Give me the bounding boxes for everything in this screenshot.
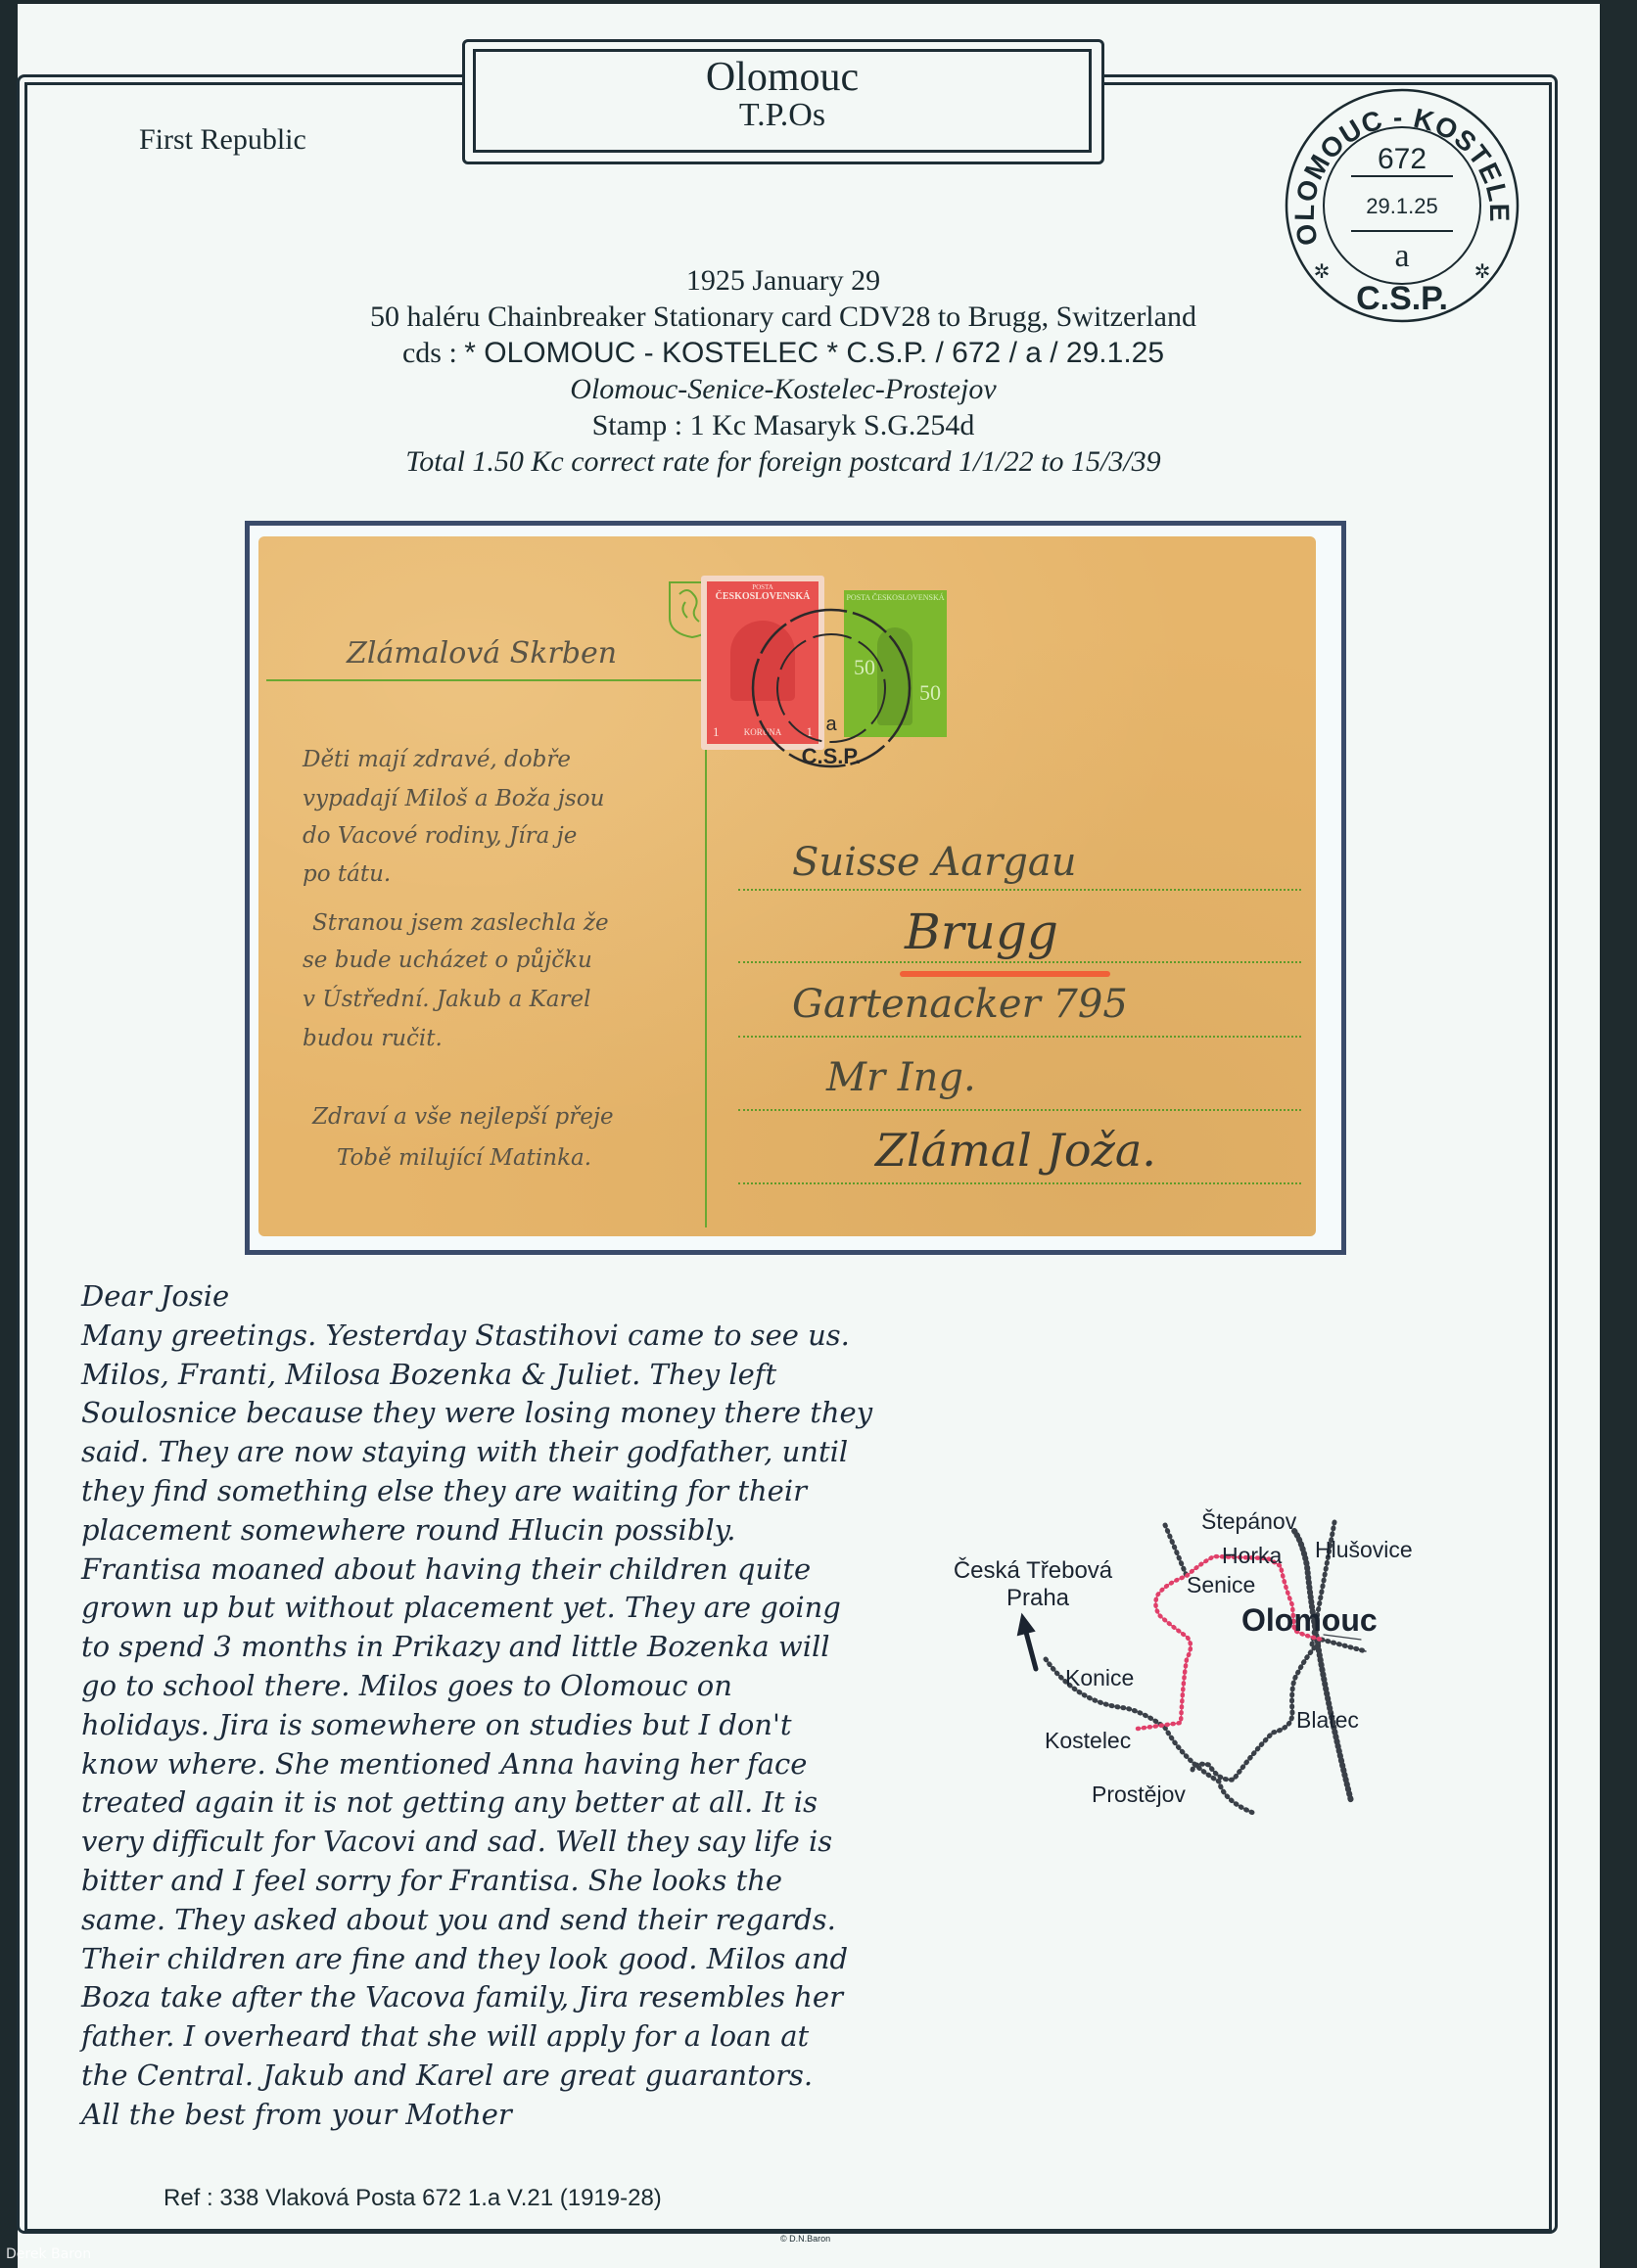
translation-line: Boza take after the Vacova family, Jira … [81,1978,962,2017]
message-line: Zdraví a vše nejlepší přeje [312,1104,614,1130]
red-underline [900,971,1110,977]
desc-card-line: 50 haléru Chainbreaker Stationary card C… [245,299,1322,335]
scan-edge-right [1600,0,1637,2268]
address-line: Zlámal Joža. [875,1124,1156,1177]
address-rule [738,1109,1301,1111]
cancel-number: 672 [1378,143,1427,175]
svg-text:Kostelec: Kostelec [1045,1728,1131,1753]
address-line: Gartenacker 795 [792,982,1128,1027]
svg-text:Senice: Senice [1187,1572,1255,1597]
translation-line: grown up but without placement yet. They… [81,1589,962,1628]
scan-edge-left [0,0,18,2268]
scan-edge-top [0,0,1637,4]
message-line: Děti mají zdravé, dobře [303,747,571,772]
svg-text:Blatec: Blatec [1296,1707,1359,1733]
svg-text:Praha: Praha [1006,1585,1070,1611]
svg-text:Olomouc: Olomouc [1241,1602,1378,1638]
divider-horizontal [266,679,705,681]
svg-text:a: a [825,714,837,735]
message-line: po tátu. [303,861,391,887]
translation-line: Many greetings. Yesterday Stastihovi cam… [81,1317,962,1356]
sender-name: Zlámalová Skrben [347,636,617,671]
translation-line: very difficult for Vacovi and sad. Well … [81,1823,962,1862]
svg-text:Štepánov: Štepánov [1201,1507,1297,1534]
star-icon: ✲ [1474,261,1491,283]
desc-date-line: 1925 January 29 [245,262,1322,299]
translation-line: said. They are now staying with their go… [81,1433,962,1472]
translation-line: All the best from your Mother [81,2096,962,2135]
translation-line: Frantisa moaned about having their child… [81,1551,962,1590]
message-line: v Ústřední. Jakub a Karel [303,987,590,1012]
watermark: Derek Baron [6,2246,91,2262]
page-subtitle: T.P.Os [476,99,1089,132]
message-line: vypadají Miloš a Boža jsou [303,786,604,811]
period-label: First Republic [139,123,306,157]
desc-route-line: Olomouc-Senice-Kostelec-Prostejov [245,371,1322,407]
reference: Ref : 338 Vlaková Posta 672 1.a V.21 (19… [164,2185,662,2212]
translation-line: treated again it is not getting any bett… [81,1783,962,1823]
address-rule [738,889,1301,891]
message-line: Tobě milující Matinka. [337,1145,591,1171]
svg-text:C.S.P.: C.S.P. [802,744,862,768]
message-line: se bude ucházet o půjčku [303,948,592,973]
svg-text:Prostějov: Prostějov [1092,1782,1186,1807]
translation-line: holidays. Jira is somewhere on studies b… [81,1706,962,1745]
svg-text:Česká Třebová: Česká Třebová [954,1556,1113,1584]
address-rule [738,1182,1301,1184]
translation-line: the Central. Jakub and Karel are great g… [81,2057,962,2096]
page-title: Olomouc [476,56,1089,99]
address-rule [738,961,1301,963]
cds-text: * OLOMOUC - KOSTELEC * C.S.P. / 672 / a … [464,337,1164,369]
copyright: © D.N.Baron [780,2234,830,2244]
title-box: Olomouc T.P.Os [473,49,1092,153]
address-rule [738,1036,1301,1038]
svg-text:Horka: Horka [1222,1543,1283,1568]
translation-line: to spend 3 months in Prikazy and little … [81,1628,962,1667]
postcard-image: Zlámalová Skrben Děti mají zdravé, dobře… [258,536,1316,1236]
desc-cds-line: cds : * OLOMOUC - KOSTELEC * C.S.P. / 67… [245,335,1322,371]
svg-text:Konice: Konice [1065,1665,1134,1690]
address-line: Suisse Aargau [792,840,1076,885]
postmark: a C.S.P. [748,605,914,771]
message-line: do Vacové rodiny, Jíra je [303,823,577,849]
translation-line: Their children are fine and they look go… [81,1940,962,1979]
arrow-up-icon [1018,1615,1034,1635]
translation-line: same. They asked about you and send thei… [81,1901,962,1940]
translation-line: bitter and I feel sorry for Frantisa. Sh… [81,1862,962,1901]
cancel-letter: a [1394,238,1409,274]
cancel-date: 29.1.25 [1366,194,1437,218]
translation-line: know where. She mentioned Anna having he… [81,1745,962,1784]
translation-line: father. I overheard that she will apply … [81,2017,962,2057]
route-map: Česká Třebová Praha Štepánov Horka Hlušo… [930,1468,1537,1840]
translation-line: Milos, Franti, Milosa Bozenka & Juliet. … [81,1356,962,1395]
cancel-bottom-text: C.S.P. [1356,280,1448,317]
translation-line: they find something else they are waitin… [81,1472,962,1511]
translation-line: placement somewhere round Hlucin possibl… [81,1511,962,1551]
message-line: Stranou jsem zaslechla že [312,910,609,936]
translation-line: Soulosnice because they were losing mone… [81,1394,962,1433]
divider-vertical [705,679,707,1227]
address-line: Mr Ing. [826,1055,976,1100]
svg-text:Hlušovice: Hlušovice [1315,1537,1413,1562]
translation: Dear Josie Many greetings. Yesterday Sta… [81,1277,962,2135]
translation-line: Dear Josie [81,1277,962,1317]
desc-stamp-line: Stamp : 1 Kc Masaryk S.G.254d [245,407,1322,443]
message-line: budou ručit. [303,1026,443,1051]
address-city: Brugg [905,903,1058,960]
translation-line: go to school there. Milos goes to Olomou… [81,1667,962,1706]
desc-rate-line: Total 1.50 Kc correct rate for foreign p… [245,443,1322,480]
item-description: 50 haléru Chainbreaker Stationary card C… [245,262,1322,480]
